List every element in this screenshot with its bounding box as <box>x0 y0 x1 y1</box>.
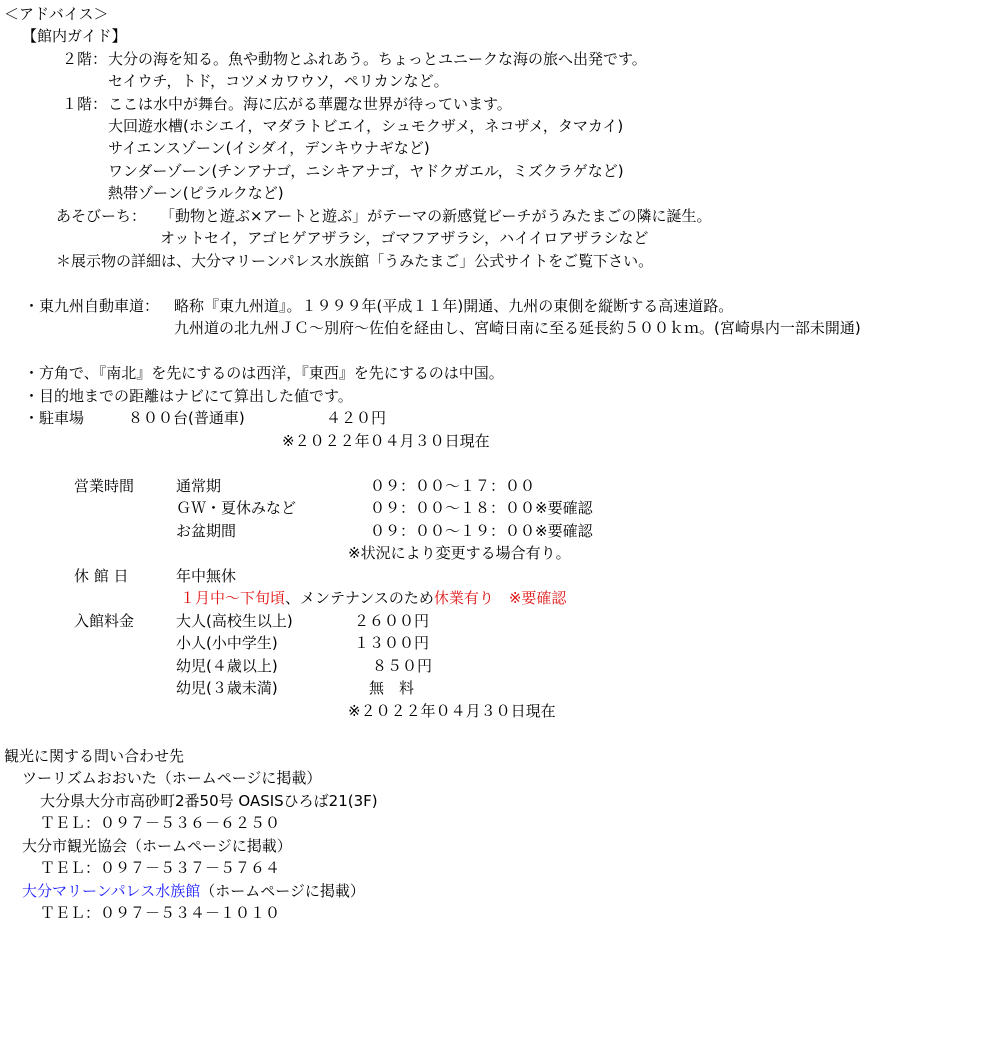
hours-period: ＧＷ・夏休みなど <box>176 498 296 518</box>
contacts-heading: 観光に関する問い合わせ先 <box>4 746 184 766</box>
contact-note: （ホームページに掲載） <box>127 837 292 855</box>
hours-label: 営業時間 <box>74 476 134 496</box>
hours-time: ０９：００～１８：００※要確認 <box>370 498 593 518</box>
note-distance: ・目的地までの距離はナビにて算出した値です。 <box>24 386 353 406</box>
exhibit-note: ＊展示物の詳細は、大分マリーンパレス水族館「うみたまご」公式サイトをご覧下さい。 <box>56 251 653 271</box>
contact-item: 大分マリーンパレス水族館（ホームページに掲載） <box>22 881 365 901</box>
admission-price: １３００円 <box>354 633 429 653</box>
admission-label: 入館料金 <box>74 611 134 631</box>
maintenance-closure: 休業有り <box>434 589 494 607</box>
expressway-line2: 九州道の北九州ＪＣ～別府～佐伯を経由し、宮崎日南に至る延長約５００ｋｍ。(宮崎県… <box>174 318 861 338</box>
admission-category: 幼児(３歳未満) <box>176 678 278 698</box>
contact-tel: ＴＥＬ：０９７－５３４－１０１０ <box>40 903 280 923</box>
closed-label: 休 館 日 <box>74 566 129 586</box>
hours-time: ０９：００～１７：００ <box>370 476 535 496</box>
guide-heading: 【館内ガイド】 <box>22 26 127 46</box>
contact-tel: ＴＥＬ：０９７－５３６－６２５０ <box>40 813 280 833</box>
floor2-animals: セイウチ，トド，コツメカワウソ，ペリカンなど。 <box>108 71 449 91</box>
floor1-zone: 大回遊水槽(ホシエイ，マダラトビエイ，シュモクザメ，ネコザメ，タマカイ) <box>108 116 623 136</box>
asobeach-desc: 「動物と遊ぶ×アートと遊ぶ」がテーマの新感覚ビーチがうみたまごの隣に誕生。 <box>160 206 712 226</box>
asobeach-animals: オットセイ，アゴヒゲアザラシ，ゴマフアザラシ，ハイイロアザラシなど <box>160 228 648 248</box>
admission-category: 幼児(４歳以上) <box>176 656 278 676</box>
parking-fee: ４２０円 <box>326 408 386 428</box>
floor1-zone: サイエンスゾーン(イシダイ，デンキウナギなど) <box>108 138 430 158</box>
parking-label: ・駐車場 <box>24 408 84 428</box>
aquarium-link[interactable]: 大分マリーンパレス水族館 <box>22 882 200 900</box>
maintenance-period: １月中～下旬頃 <box>180 589 285 607</box>
spacer <box>494 589 509 607</box>
floor1-desc: ここは水中が舞台。海に広がる華麗な世界が待っています。 <box>108 94 512 114</box>
expressway-line1: 略称『東九州道』。１９９９年(平成１１年)開通、九州の東側を縦断する高速道路。 <box>174 296 733 316</box>
admission-category: 大人(高校生以上) <box>176 611 293 631</box>
contact-name: 大分市観光協会 <box>22 837 127 855</box>
contact-note: （ホームページに掲載） <box>157 769 322 787</box>
floor1-label: １階： <box>62 94 107 114</box>
floor2-desc: 大分の海を知る。魚や動物とふれあう。ちょっとユニークな海の旅へ出発です。 <box>108 49 647 69</box>
floor2-label: ２階： <box>62 49 107 69</box>
hours-period: お盆期間 <box>176 521 236 541</box>
admission-as-of: ※２０２２年０４月３０日現在 <box>348 701 556 721</box>
admission-price: ２６００円 <box>354 611 429 631</box>
hours-period: 通常期 <box>176 476 221 496</box>
contact-address: 大分県大分市高砂町2番50号 OASISひろば21(3F) <box>40 791 378 811</box>
admission-category: 小人(小中学生) <box>176 633 278 653</box>
maintenance-confirm: ※要確認 <box>509 589 567 607</box>
hours-time: ０９：００～１９：００※要確認 <box>370 521 593 541</box>
asobeach-label: あそびーち： <box>56 206 146 226</box>
closed-value: 年中無休 <box>176 566 236 586</box>
note-direction: ・方角で、『南北』を先にするのは西洋，『東西』を先にするのは中国。 <box>24 363 504 383</box>
contact-note: （ホームページに掲載） <box>200 882 365 900</box>
contact-item: 大分市観光協会（ホームページに掲載） <box>22 836 292 856</box>
admission-price: 無 料 <box>369 678 414 698</box>
expressway-label: ・東九州自動車道： <box>24 296 159 316</box>
maintenance-reason: 、メンテナンスのため <box>285 589 434 607</box>
admission-price: ８５０円 <box>372 656 432 676</box>
contact-item: ツーリズムおおいた（ホームページに掲載） <box>22 768 321 788</box>
contact-name: ツーリズムおおいた <box>22 769 157 787</box>
hours-note: ※状況により変更する場合有り。 <box>348 543 571 563</box>
floor1-zone: 熱帯ゾーン(ピラルクなど) <box>108 183 284 203</box>
floor1-zone: ワンダーゾーン(チンアナゴ，ニシキアナゴ，ヤドクガエル，ミズクラゲなど) <box>108 161 624 181</box>
contact-tel: ＴＥＬ：０９７－５３７－５７６４ <box>40 858 280 878</box>
parking-as-of: ※２０２２年０４月３０日現在 <box>282 431 490 451</box>
maintenance-note: １月中～下旬頃、メンテナンスのため休業有り ※要確認 <box>180 588 566 608</box>
parking-capacity: ８００台(普通車) <box>128 408 245 428</box>
advice-title: ＜アドバイス＞ <box>4 4 109 24</box>
